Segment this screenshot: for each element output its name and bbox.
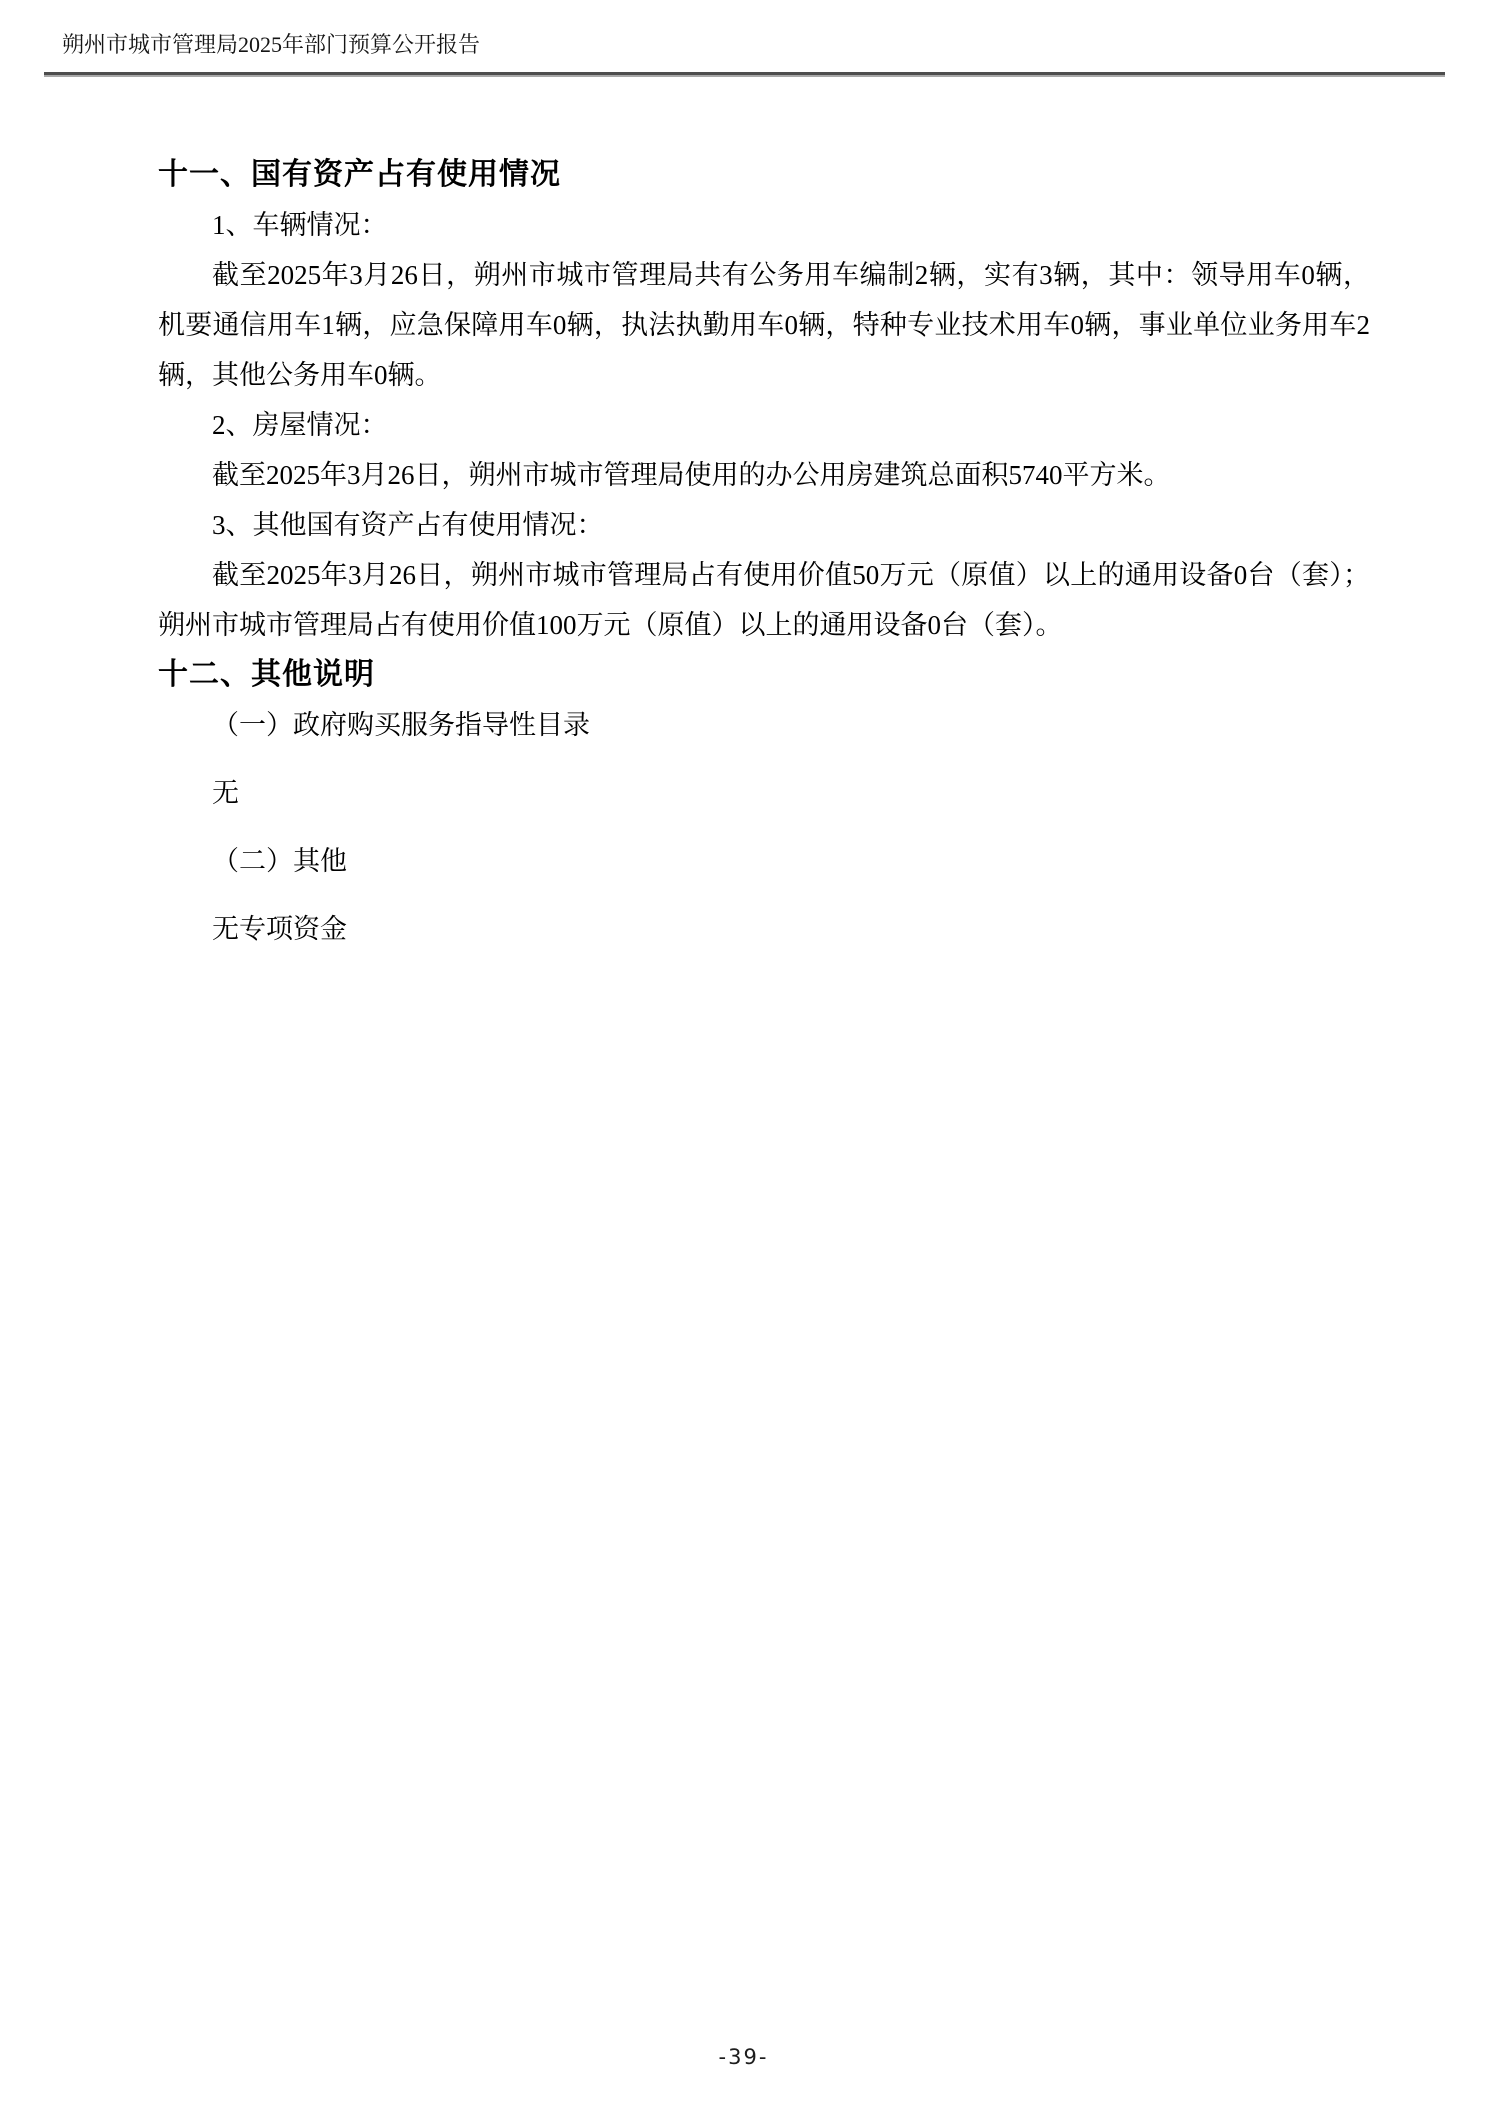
subitem-vehicles-label: 1、车辆情况： [158, 200, 1370, 250]
document-page: 朔州市城市管理局2025年部门预算公开报告 十一、国有资产占有使用情况 1、车辆… [0, 0, 1487, 2105]
subitem-other-assets-label: 3、其他国有资产占有使用情况： [158, 500, 1370, 550]
section-heading-state-assets: 十一、国有资产占有使用情况 [158, 150, 1370, 200]
paragraph-housing-detail: 截至2025年3月26日，朔州市城市管理局使用的办公用房建筑总面积5740平方米… [158, 450, 1370, 500]
paragraph-no-special-funds: 无专项资金 [158, 904, 1370, 954]
page-footer: -39- [0, 2042, 1487, 2072]
header-title: 朔州市城市管理局2025年部门预算公开报告 [62, 30, 480, 60]
page-number: -39- [719, 2045, 769, 2069]
document-body: 十一、国有资产占有使用情况 1、车辆情况： 截至2025年3月26日，朔州市城市… [158, 150, 1370, 954]
section-heading-other-notes: 十二、其他说明 [158, 650, 1370, 700]
paragraph-vehicles-detail: 截至2025年3月26日，朔州市城市管理局共有公务用车编制2辆，实有3辆，其中：… [158, 250, 1370, 400]
subitem-housing-label: 2、房屋情况： [158, 400, 1370, 450]
subitem-other-label: （二）其他 [158, 836, 1370, 886]
paragraph-other-assets-detail: 截至2025年3月26日，朔州市城市管理局占有使用价值50万元（原值）以上的通用… [158, 550, 1370, 650]
header-divider [44, 72, 1445, 77]
subitem-gov-purchase-catalog: （一）政府购买服务指导性目录 [158, 700, 1370, 750]
paragraph-none: 无 [158, 768, 1370, 818]
